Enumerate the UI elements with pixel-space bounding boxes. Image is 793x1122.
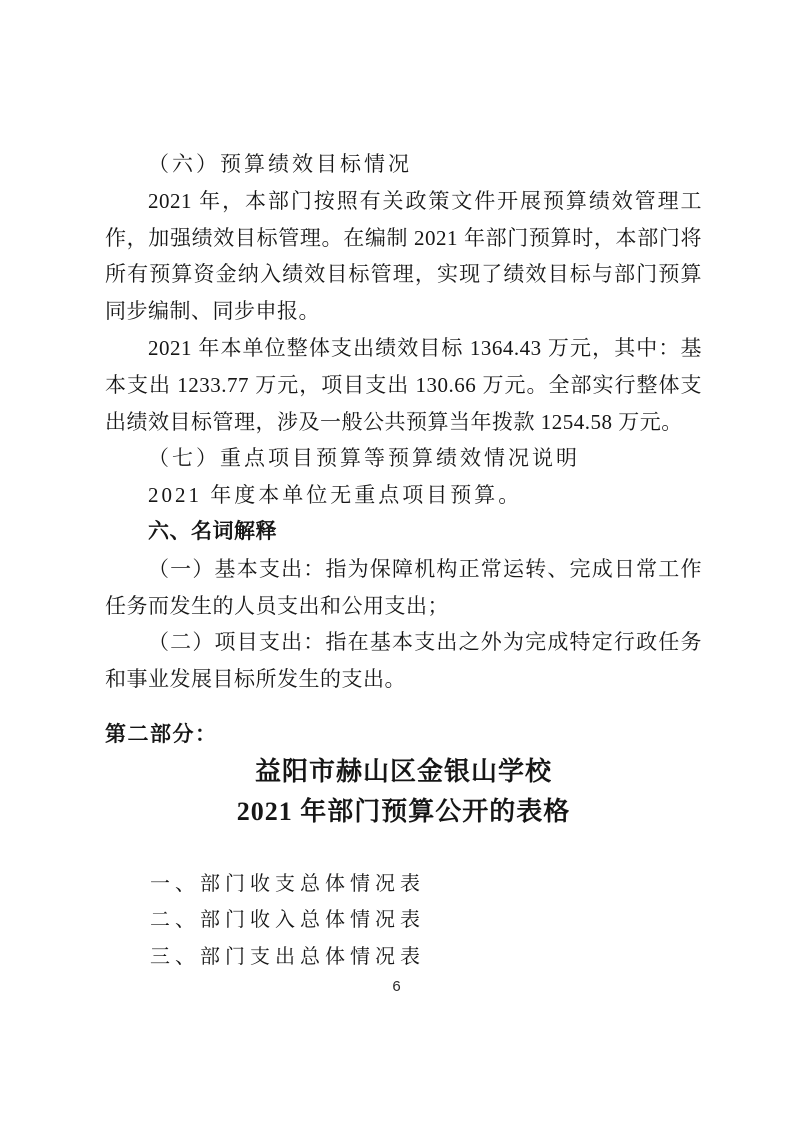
- glossary-term-basic-expenditure: （一）基本支出：指为保障机构正常运转、完成日常工作任务而发生的人员支出和公用支出…: [105, 551, 702, 625]
- glossary-heading: 六、名词解释: [105, 514, 702, 551]
- section-six-heading: （六）预算绩效目标情况: [105, 146, 702, 183]
- document-title-line-1: 益阳市赫山区金银山学校: [105, 752, 702, 792]
- table-list-item: 一、部门收支总体情况表: [105, 866, 702, 903]
- glossary-term-project-expenditure: （二）项目支出：指在基本支出之外为完成特定行政任务和事业发展目标所发生的支出。: [105, 624, 702, 698]
- table-list-item: 二、部门收入总体情况表: [105, 902, 702, 939]
- section-seven-heading: （七）重点项目预算等预算绩效情况说明: [105, 440, 702, 477]
- part-two-label: 第二部分：: [105, 718, 702, 752]
- page-number: 6: [0, 978, 793, 995]
- no-key-project-paragraph: 2021 年度本单位无重点项目预算。: [105, 477, 702, 514]
- performance-target-amounts-paragraph: 2021 年本单位整体支出绩效目标 1364.43 万元，其中：基本支出 123…: [105, 330, 702, 440]
- document-title: 益阳市赫山区金银山学校 2021 年部门预算公开的表格: [105, 752, 702, 832]
- document-page: （六）预算绩效目标情况 2021 年，本部门按照有关政策文件开展预算绩效管理工作…: [0, 0, 793, 1122]
- table-list: 一、部门收支总体情况表 二、部门收入总体情况表 三、部门支出总体情况表: [105, 866, 702, 976]
- budget-performance-paragraph: 2021 年，本部门按照有关政策文件开展预算绩效管理工作，加强绩效目标管理。在编…: [105, 183, 702, 330]
- page-content: （六）预算绩效目标情况 2021 年，本部门按照有关政策文件开展预算绩效管理工作…: [105, 146, 702, 975]
- table-list-item: 三、部门支出总体情况表: [105, 939, 702, 976]
- document-title-line-2: 2021 年部门预算公开的表格: [105, 792, 702, 832]
